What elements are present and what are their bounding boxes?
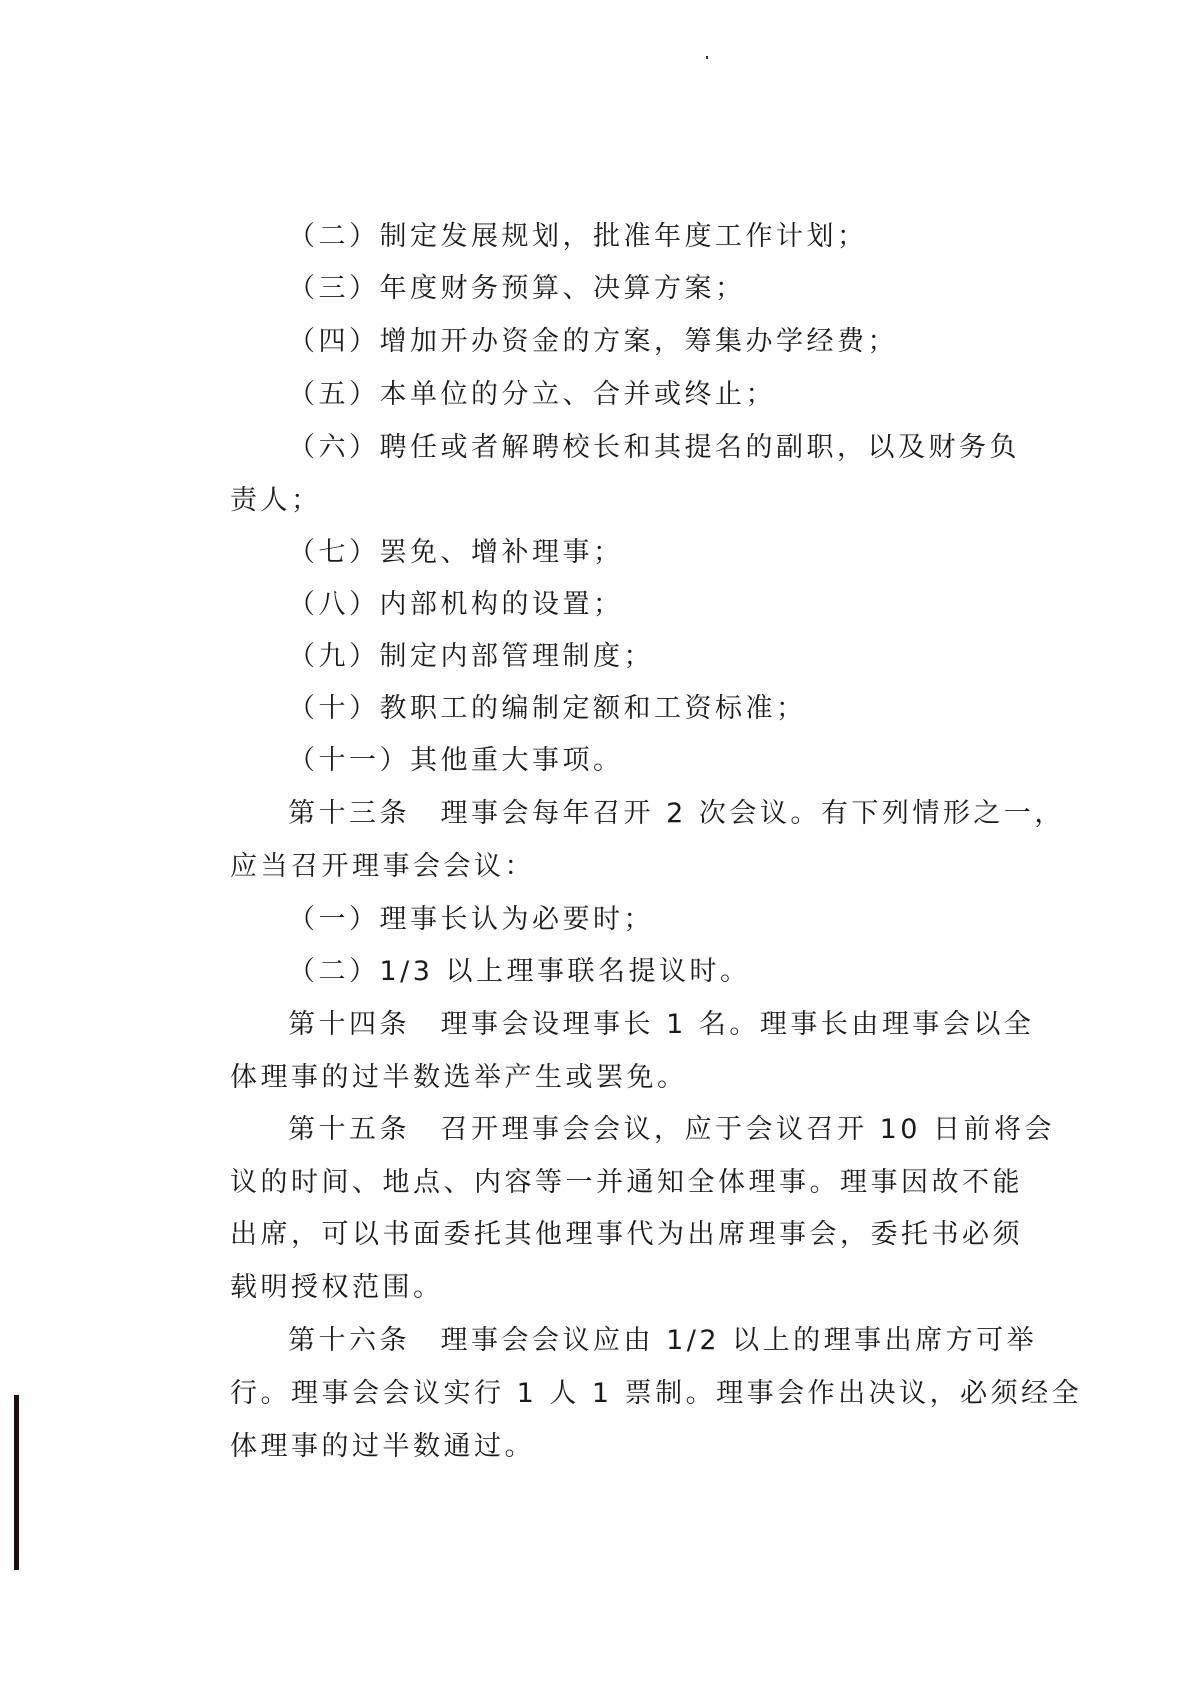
text-line: （十）教职工的编制定额和工资标准； xyxy=(288,692,807,726)
document-page: （二）制定发展规划，批准年度工作计划；（三）年度财务预算、决算方案；（四）增加开… xyxy=(0,0,1190,1684)
text-line: 体理事的过半数选举产生或罢免。 xyxy=(230,1061,688,1095)
text-line: 责人； xyxy=(230,484,322,518)
text-line: 行。理事会会议实行 1 人 1 票制。理事会作出决议，必须经全 xyxy=(230,1377,1082,1411)
text-line: 第十六条 理事会会议应由 1/2 以上的理事出席方可举 xyxy=(288,1324,1037,1358)
text-line: 第十五条 召开理事会会议，应于会议召开 10 日前将会 xyxy=(288,1113,1055,1147)
text-line: （六）聘任或者解聘校长和其提名的副职，以及财务负 xyxy=(288,431,1020,465)
text-line: 体理事的过半数通过。 xyxy=(230,1430,535,1464)
text-line: （八）内部机构的设置； xyxy=(288,588,624,622)
text-line: （九）制定内部管理制度； xyxy=(288,640,654,674)
text-line: 第十四条 理事会设理事长 1 名。理事长由理事会以全 xyxy=(288,1008,1034,1042)
text-line: （五）本单位的分立、合并或终止； xyxy=(288,378,776,412)
text-line: （七）罢免、增补理事； xyxy=(288,536,624,570)
text-line: （二）制定发展规划，批准年度工作计划； xyxy=(288,220,868,254)
text-line: （四）增加开办资金的方案，筹集办学经费； xyxy=(288,325,898,359)
scan-speck xyxy=(706,56,708,59)
text-line: （二）1/3 以上理事联名提议时。 xyxy=(288,955,751,989)
text-line: 第十三条 理事会每年召开 2 次会议。有下列情形之一， xyxy=(288,797,1065,831)
text-line: （一）理事长认为必要时； xyxy=(288,903,654,937)
text-line: （三）年度财务预算、决算方案； xyxy=(288,272,746,306)
text-line: 出席，可以书面委托其他理事代为出席理事会，委托书必须 xyxy=(230,1218,1023,1252)
text-line: 议的时间、地点、内容等一并通知全体理事。理事因故不能 xyxy=(230,1166,1023,1200)
text-line: （十一）其他重大事项。 xyxy=(288,744,624,778)
text-line: 载明授权范围。 xyxy=(230,1271,444,1305)
text-line: 应当召开理事会会议： xyxy=(230,850,535,884)
scan-edge-bar xyxy=(14,1395,19,1570)
